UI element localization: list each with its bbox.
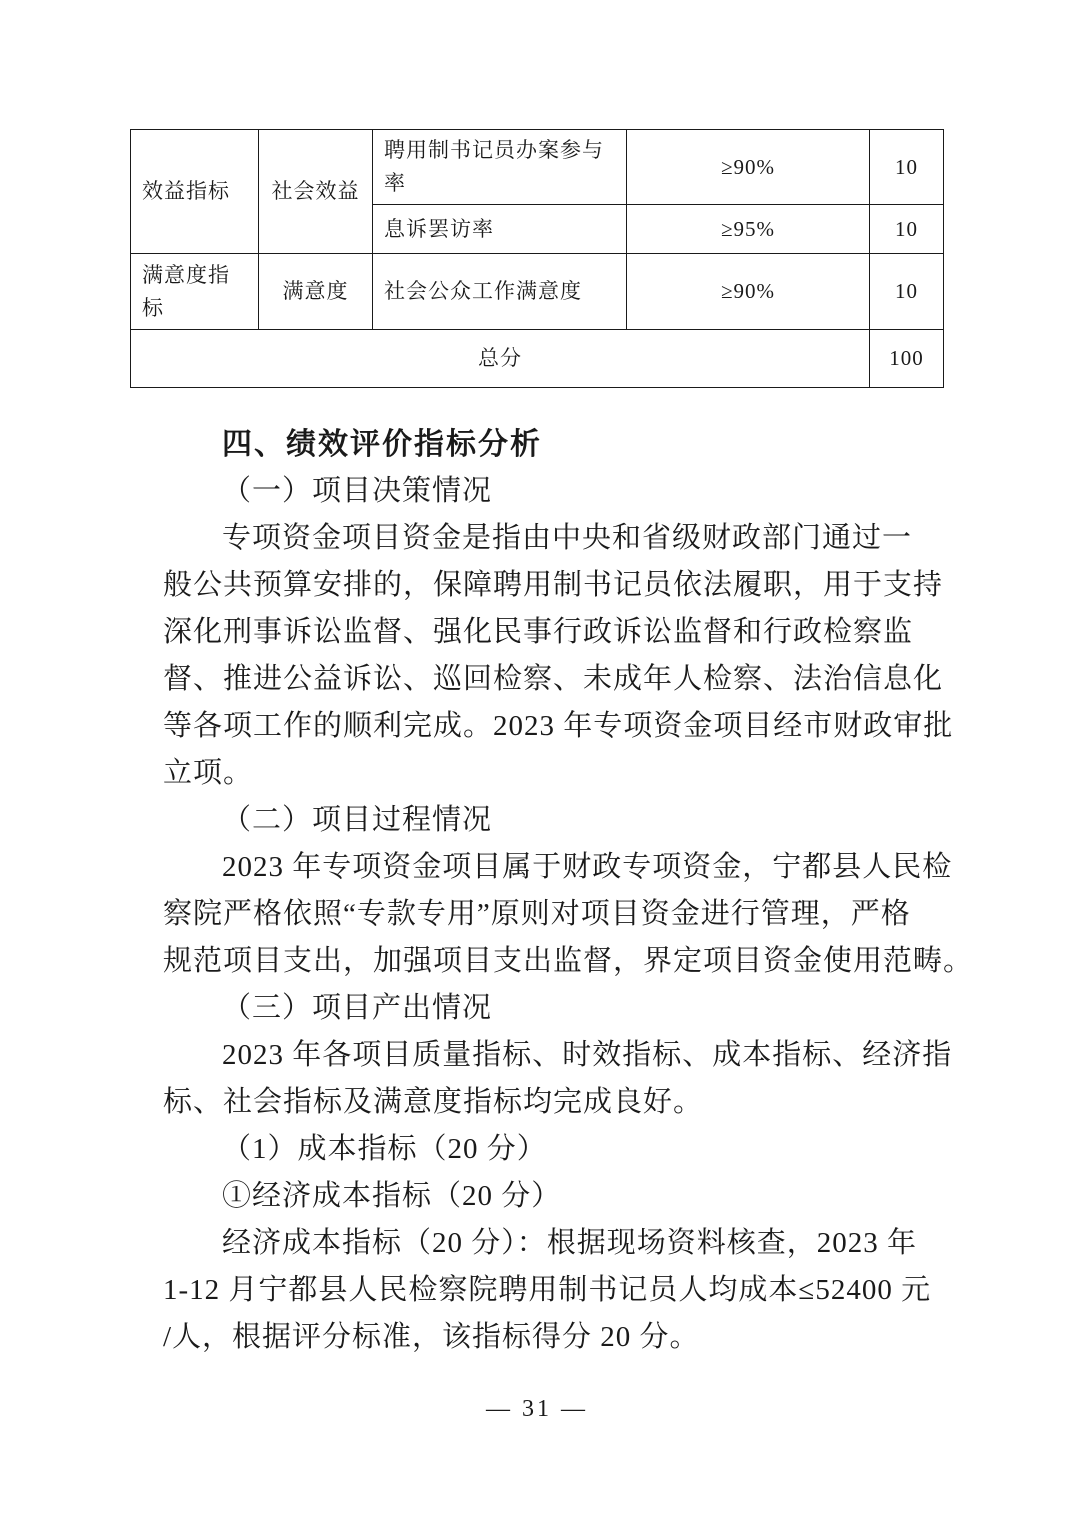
table-row-total: 总分 100 <box>131 330 944 388</box>
paragraph-line: 立项。 <box>163 750 953 797</box>
paragraph-line: 专项资金项目资金是指由中央和省级财政部门通过一 <box>163 515 953 562</box>
paragraph-line: 察院严格依照“专款专用”原则对项目资金进行管理，严格 <box>163 891 953 938</box>
cell-subcategory-social-benefit: 社会效益 <box>259 130 373 254</box>
paragraph-line: 规范项目支出，加强项目支出监督，界定项目资金使用范畴。 <box>163 938 953 985</box>
cell-category-benefit: 效益指标 <box>131 130 259 254</box>
cell-indicator-target: ≥90% <box>627 130 870 205</box>
paragraph-line: 1-12 月宁都县人民检察院聘用制书记员人均成本≤52400 元 <box>163 1267 953 1314</box>
paragraph-line: /人，根据评分标准，该指标得分 20 分。 <box>163 1314 953 1361</box>
subsection-title-2: （二）项目过程情况 <box>163 797 953 844</box>
cell-indicator-name: 聘用制书记员办案参与率 <box>373 130 627 205</box>
item-title: （1）成本指标（20 分） <box>163 1126 953 1173</box>
cell-indicator-target: ≥90% <box>627 254 870 330</box>
cell-total-score: 100 <box>870 330 944 388</box>
item-subtitle: ①经济成本指标（20 分） <box>163 1173 953 1220</box>
cell-indicator-target: ≥95% <box>627 205 870 254</box>
paragraph-line: 深化刑事诉讼监督、强化民事行政诉讼监督和行政检察监 <box>163 609 953 656</box>
cell-indicator-score: 10 <box>870 205 944 254</box>
section-heading: 四、绩效评价指标分析 <box>163 421 953 468</box>
performance-indicator-table: 效益指标 社会效益 聘用制书记员办案参与率 ≥90% 10 息诉罢访率 ≥95%… <box>130 129 944 388</box>
cell-indicator-name: 社会公众工作满意度 <box>373 254 627 330</box>
cell-category-satisfaction: 满意度指标 <box>131 254 259 330</box>
table-row-benefit-1: 效益指标 社会效益 聘用制书记员办案参与率 ≥90% 10 <box>131 130 944 205</box>
document-body: 四、绩效评价指标分析 （一）项目决策情况 专项资金项目资金是指由中央和省级财政部… <box>163 421 953 1361</box>
paragraph-line: 2023 年各项目质量指标、时效指标、成本指标、经济指 <box>163 1032 953 1079</box>
cell-indicator-score: 10 <box>870 254 944 330</box>
page-number: — 31 — <box>0 1396 1074 1423</box>
paragraph-line: 标、社会指标及满意度指标均完成良好。 <box>163 1079 953 1126</box>
cell-subcategory-satisfaction: 满意度 <box>259 254 373 330</box>
table-row-satisfaction: 满意度指标 满意度 社会公众工作满意度 ≥90% 10 <box>131 254 944 330</box>
document-page: 效益指标 社会效益 聘用制书记员办案参与率 ≥90% 10 息诉罢访率 ≥95%… <box>0 0 1074 1520</box>
paragraph-line: 督、推进公益诉讼、巡回检察、未成年人检察、法治信息化 <box>163 656 953 703</box>
paragraph-line: 般公共预算安排的，保障聘用制书记员依法履职，用于支持 <box>163 562 953 609</box>
cell-indicator-name: 息诉罢访率 <box>373 205 627 254</box>
paragraph-line: 经济成本指标（20 分）：根据现场资料核查，2023 年 <box>163 1220 953 1267</box>
cell-indicator-score: 10 <box>870 130 944 205</box>
paragraph-line: 等各项工作的顺利完成。2023 年专项资金项目经市财政审批 <box>163 703 953 750</box>
subsection-title-1: （一）项目决策情况 <box>163 468 953 515</box>
paragraph-line: 2023 年专项资金项目属于财政专项资金，宁都县人民检 <box>163 844 953 891</box>
subsection-title-3: （三）项目产出情况 <box>163 985 953 1032</box>
cell-total-label: 总分 <box>131 330 870 388</box>
